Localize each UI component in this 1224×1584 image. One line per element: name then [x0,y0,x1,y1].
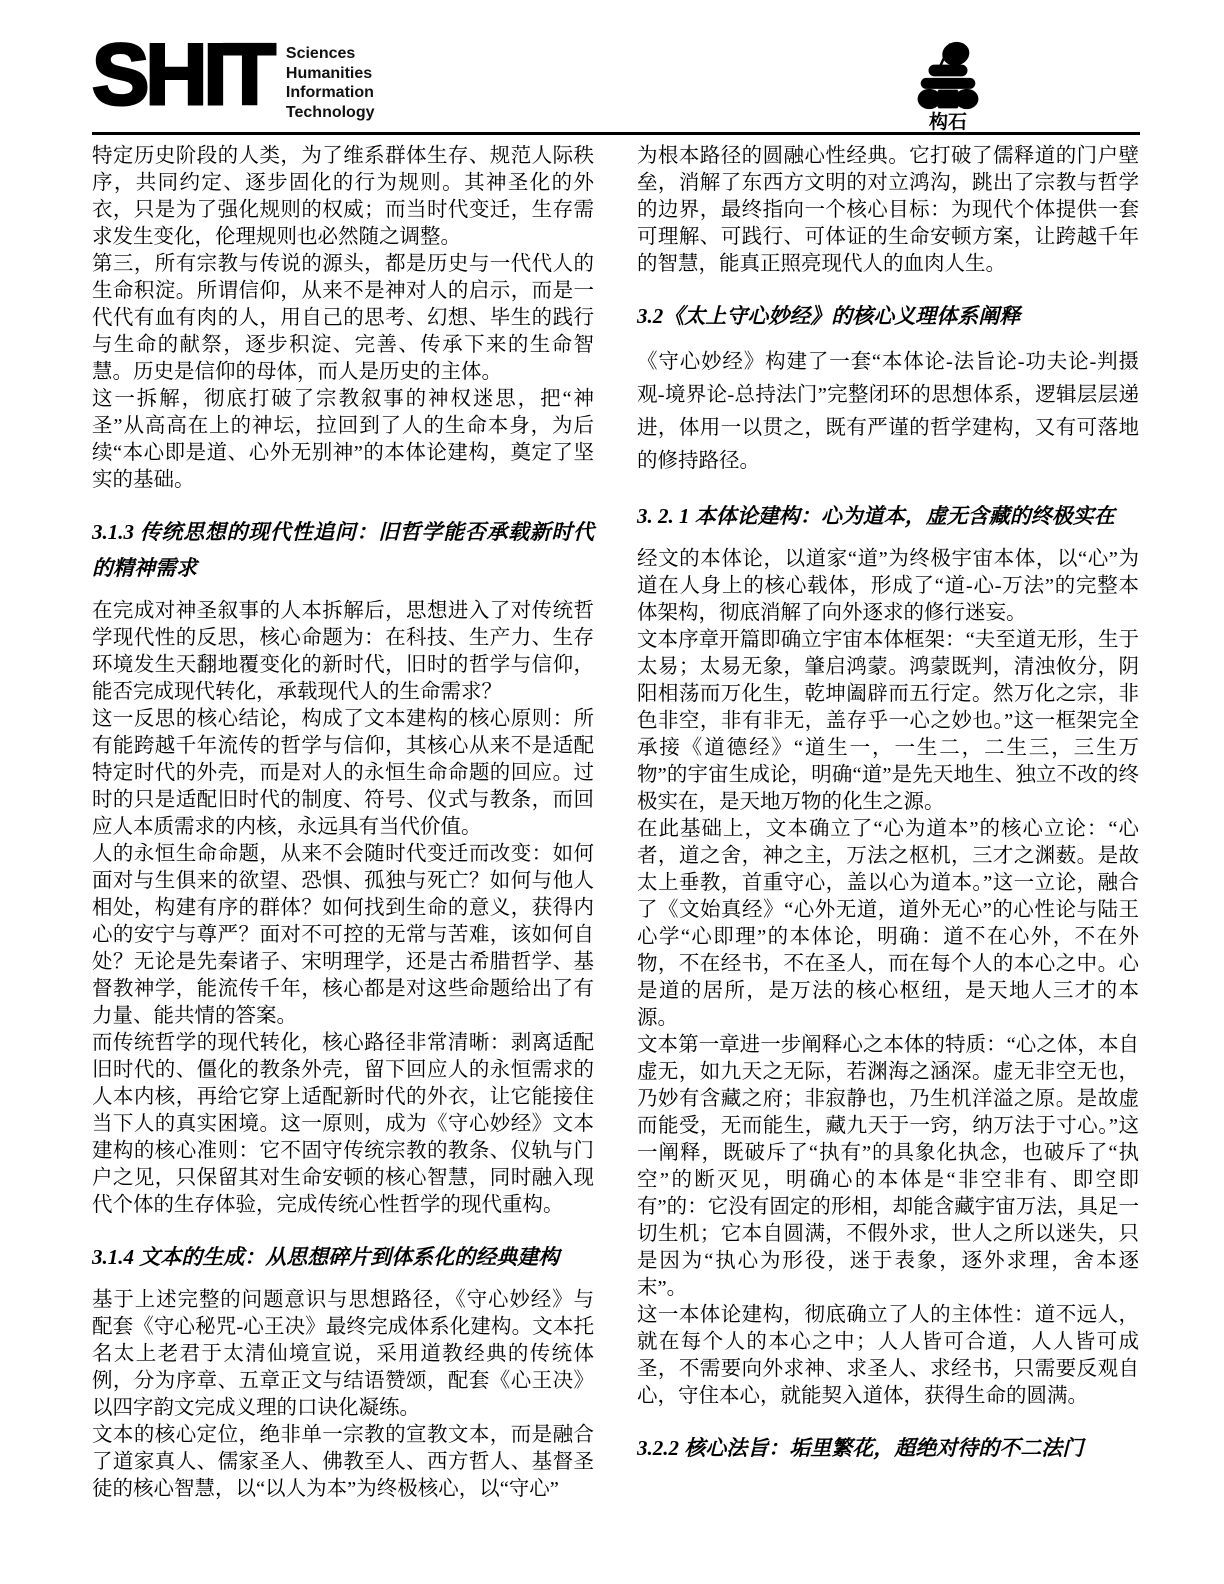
journal-logo-words: Sciences Humanities Information Technolo… [286,44,375,122]
body-paragraph: 《守心妙经》构建了一套“本体论-法旨论-功夫论-判摄观-境界论-总持法门”完整闭… [637,346,1139,478]
body-paragraph: 为根本路径的圆融心性经典。它打破了儒释道的门户壁垒，消解了东西方文明的对立鸿沟，… [637,143,1139,278]
publisher-logo: 构石 [908,38,988,133]
section-heading: 3.1.4 文本的生成：从思想碎片到体系化的经典建构 [92,1239,594,1275]
journal-logo-acronym: SHIT [92,38,272,112]
logo-word-sciences: Sciences [286,44,375,64]
rock-cairn-icon [909,38,987,110]
section-heading: 3.2.2 核心法旨：垢里繁花，超绝对待的不二法门 [637,1430,1139,1466]
page-header: SHIT Sciences Humanities Information Tec… [92,38,1140,130]
body-paragraph: 特定历史阶段的人类，为了维系群体生存、规范人际秩序，共同约定、逐步固化的行为规则… [92,143,594,251]
logo-word-information: Information [286,83,375,103]
body-paragraph: 经文的本体论，以道家“道”为终极宇宙本体，以“心”为道在人身上的核心载体，形成了… [637,546,1139,627]
section-heading: 3. 2. 1 本体论建构：心为道本，虚无含藏的终极实在 [637,498,1139,534]
logo-word-technology: Technology [286,103,375,123]
publisher-logo-label: 构石 [908,113,988,133]
left-column: 特定历史阶段的人类，为了维系群体生存、规范人际秩序，共同约定、逐步固化的行为规则… [92,143,594,1503]
header-divider [92,132,1140,135]
body-paragraph: 人的永恒生命命题，从来不会随时代变迁而改变：如何面对与生俱来的欲望、恐惧、孤独与… [92,841,594,1030]
body-paragraph: 基于上述完整的问题意识与思想路径，《守心妙经》与配套《守心秘咒-心王决》最终完成… [92,1287,594,1422]
body-paragraph: 在完成对神圣叙事的人本拆解后，思想进入了对传统哲学现代性的反思，核心命题为：在科… [92,598,594,706]
document-page: SHIT Sciences Humanities Information Tec… [0,0,1224,1584]
body-paragraph: 而传统哲学的现代转化，核心路径非常清晰：剥离适配旧时代的、僵化的教条外壳，留下回… [92,1030,594,1219]
section-heading: 3.2《太上守心妙经》的核心义理体系阐释 [637,298,1139,334]
two-column-body: 特定历史阶段的人类，为了维系群体生存、规范人际秩序，共同约定、逐步固化的行为规则… [92,143,1140,1503]
body-paragraph: 在此基础上，文本确立了“心为道本”的核心立论：“心者，道之舍，神之主，万法之枢机… [637,816,1139,1032]
body-paragraph: 文本第一章进一步阐释心之本体的特质：“心之体，本自虚无，如九天之无际，若渊海之涵… [637,1032,1139,1302]
body-paragraph: 第三，所有宗教与传说的源头，都是历史与一代代人的生命积淀。所谓信仰，从来不是神对… [92,251,594,386]
section-heading: 3.1.3 传统思想的现代性追问：旧哲学能否承载新时代的精神需求 [92,514,594,586]
body-paragraph: 文本序章开篇即确立宇宙本体框架：“夫至道无形，生于太易；太易无象，肇启鸿蒙。鸿蒙… [637,627,1139,816]
body-paragraph: 这一本体论建构，彻底确立了人的主体性：道不远人，就在每个人的本心之中；人人皆可合… [637,1302,1139,1410]
right-column: 为根本路径的圆融心性经典。它打破了儒释道的门户壁垒，消解了东西方文明的对立鸿沟，… [637,143,1139,1503]
body-paragraph: 这一反思的核心结论，构成了文本建构的核心原则：所有能跨越千年流传的哲学与信仰，其… [92,706,594,841]
body-paragraph: 文本的核心定位，绝非单一宗教的宣教文本，而是融合了道家真人、儒家圣人、佛教至人、… [92,1422,594,1503]
body-paragraph: 这一拆解，彻底打破了宗教叙事的神权迷思，把“神圣”从高高在上的神坛，拉回到了人的… [92,386,594,494]
logo-word-humanities: Humanities [286,64,375,84]
